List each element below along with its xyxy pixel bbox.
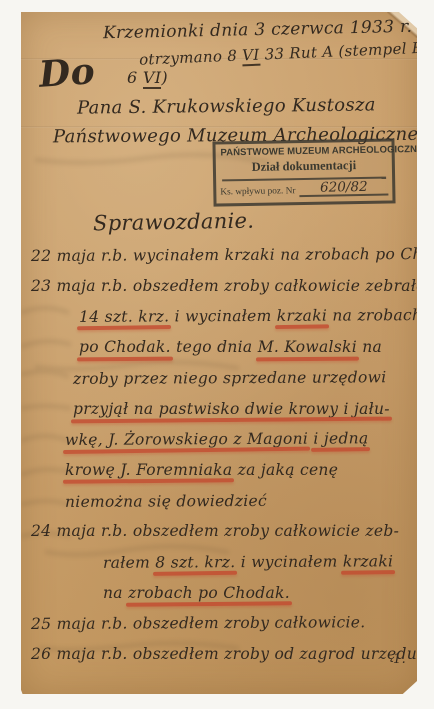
red-underlined-text: krzaki	[277, 307, 327, 325]
red-underlined-text: wkę, J. Żorowskiego z Magoni	[65, 430, 308, 449]
red-underlined-text: krzaki	[343, 552, 393, 570]
body-line: krowę J. Foremniaka za jaką cenę	[65, 455, 415, 486]
handwritten-text: 23 maja r.b. obszedłem zroby całkowicie …	[31, 277, 434, 295]
body-line: rałem 8 szt. krz. i wycinałem krzaki	[103, 546, 415, 578]
report-title: Sprawozdanie.	[93, 209, 255, 236]
stamp-department-name: Dział dokumentacji	[220, 158, 388, 176]
body-line: zroby przez niego sprzedane urzędowi	[73, 362, 415, 394]
body-line: wkę, J. Żorowskiego z Magoni i jedną	[65, 423, 415, 456]
handwritten-text: za jaką cenę	[232, 461, 338, 479]
handwritten-text: )	[161, 68, 168, 87]
handwritten-text: niemożna się dowiedzieć	[65, 491, 267, 510]
red-underlined-text: M. Kowalski	[258, 338, 357, 356]
red-underlined-text: 8 szt. krz.	[155, 553, 235, 571]
scanned-document: Krzemionki dnia 3 czerwca 1933 r. otrzym…	[0, 0, 434, 709]
body-line: 26 maja r.b. obszedłem zroby od zagrod u…	[31, 639, 415, 670]
body-line: 23 maja r.b. obszedłem zroby całkowicie …	[31, 271, 415, 302]
dateline: Krzemionki dnia 3 czerwca 1933 r.	[103, 17, 413, 43]
red-underlined-text: krowę J. Foremniaka	[65, 461, 232, 479]
red-underlined-text: po Chodak.	[79, 338, 171, 356]
body-line: 24 maja r.b. obszedłem zroby całkowicie …	[31, 516, 415, 547]
addressee-name: Pana S. Krukowskiego Kustosza	[77, 94, 376, 118]
page-mark: 1.	[393, 652, 406, 667]
body-line: 25 maja r.b. obszedłem zroby całkowicie.	[31, 607, 415, 640]
handwritten-text: otrzymano 8	[139, 46, 243, 68]
received-date-annotation: 6 VI)	[127, 68, 168, 87]
handwritten-text: na	[357, 338, 382, 356]
body-line: 14 szt. krz. i wycinałem krzaki na zroba…	[79, 301, 415, 333]
red-underlined-text: 14 szt. krz.	[79, 308, 169, 326]
handwritten-text: 24 maja r.b. obszedłem zroby całkowicie …	[31, 522, 399, 540]
body-lines: 22 maja r.b. wycinałem krzaki na zrobach…	[27, 240, 415, 670]
handwritten-text: rałem	[103, 554, 155, 572]
handwritten-text: 22 maja r.b. wycinałem krzaki na zrobach…	[31, 245, 434, 265]
handwritten-text: i wycinałem	[235, 553, 343, 572]
red-underlined-text: zrobach po Chodak.	[128, 584, 290, 602]
body-line: po Chodak. tego dnia M. Kowalski na	[79, 332, 415, 363]
body-line: 22 maja r.b. wycinałem krzaki na zrobach…	[31, 239, 415, 272]
red-underlined-text: przyjął na pastwisko dwie krowy i jału-	[73, 400, 390, 418]
stamp-register-label: Ks. wpływu poz. Nr	[220, 186, 295, 198]
handwritten-text: zroby przez niego sprzedane urzędowi	[73, 368, 387, 388]
handwritten-text: na zrobach	[327, 306, 422, 324]
body-line: przyjął na pastwisko dwie krowy i jału-	[73, 394, 415, 425]
body-line: na zrobach po Chodak.	[103, 578, 415, 609]
handwritten-text: 25 maja r.b. obszedłem zroby całkowicie.	[31, 614, 366, 634]
handwritten-text: 6	[127, 68, 143, 87]
handwritten-text: VI	[143, 68, 161, 89]
received-annotation: otrzymano 8 VI 33 Rut A (stempel Bodze	[139, 37, 434, 68]
body-line: niemożna się dowiedzieć	[65, 485, 415, 518]
salutation-do: Do	[38, 50, 97, 96]
museum-registration-stamp: PAŃSTWOWE MUZEUM ARCHEOLOGICZNE Dział do…	[212, 138, 395, 206]
handwritten-text: na	[103, 584, 128, 602]
handwritten-text: 26 maja r.b. obszedłem zroby od zagrod u…	[31, 645, 417, 663]
stamp-institution-name: PAŃSTWOWE MUZEUM ARCHEOLOGICZNE	[220, 145, 386, 159]
handwritten-text: VI	[242, 46, 260, 67]
stamp-register-number-handwritten: 620/82	[299, 181, 388, 198]
document-paper: Krzemionki dnia 3 czerwca 1933 r. otrzym…	[21, 12, 417, 694]
handwritten-text: tego dnia	[171, 338, 258, 356]
red-underlined-text: i jedną	[313, 430, 368, 448]
handwritten-text: i wycinałem	[169, 307, 277, 326]
